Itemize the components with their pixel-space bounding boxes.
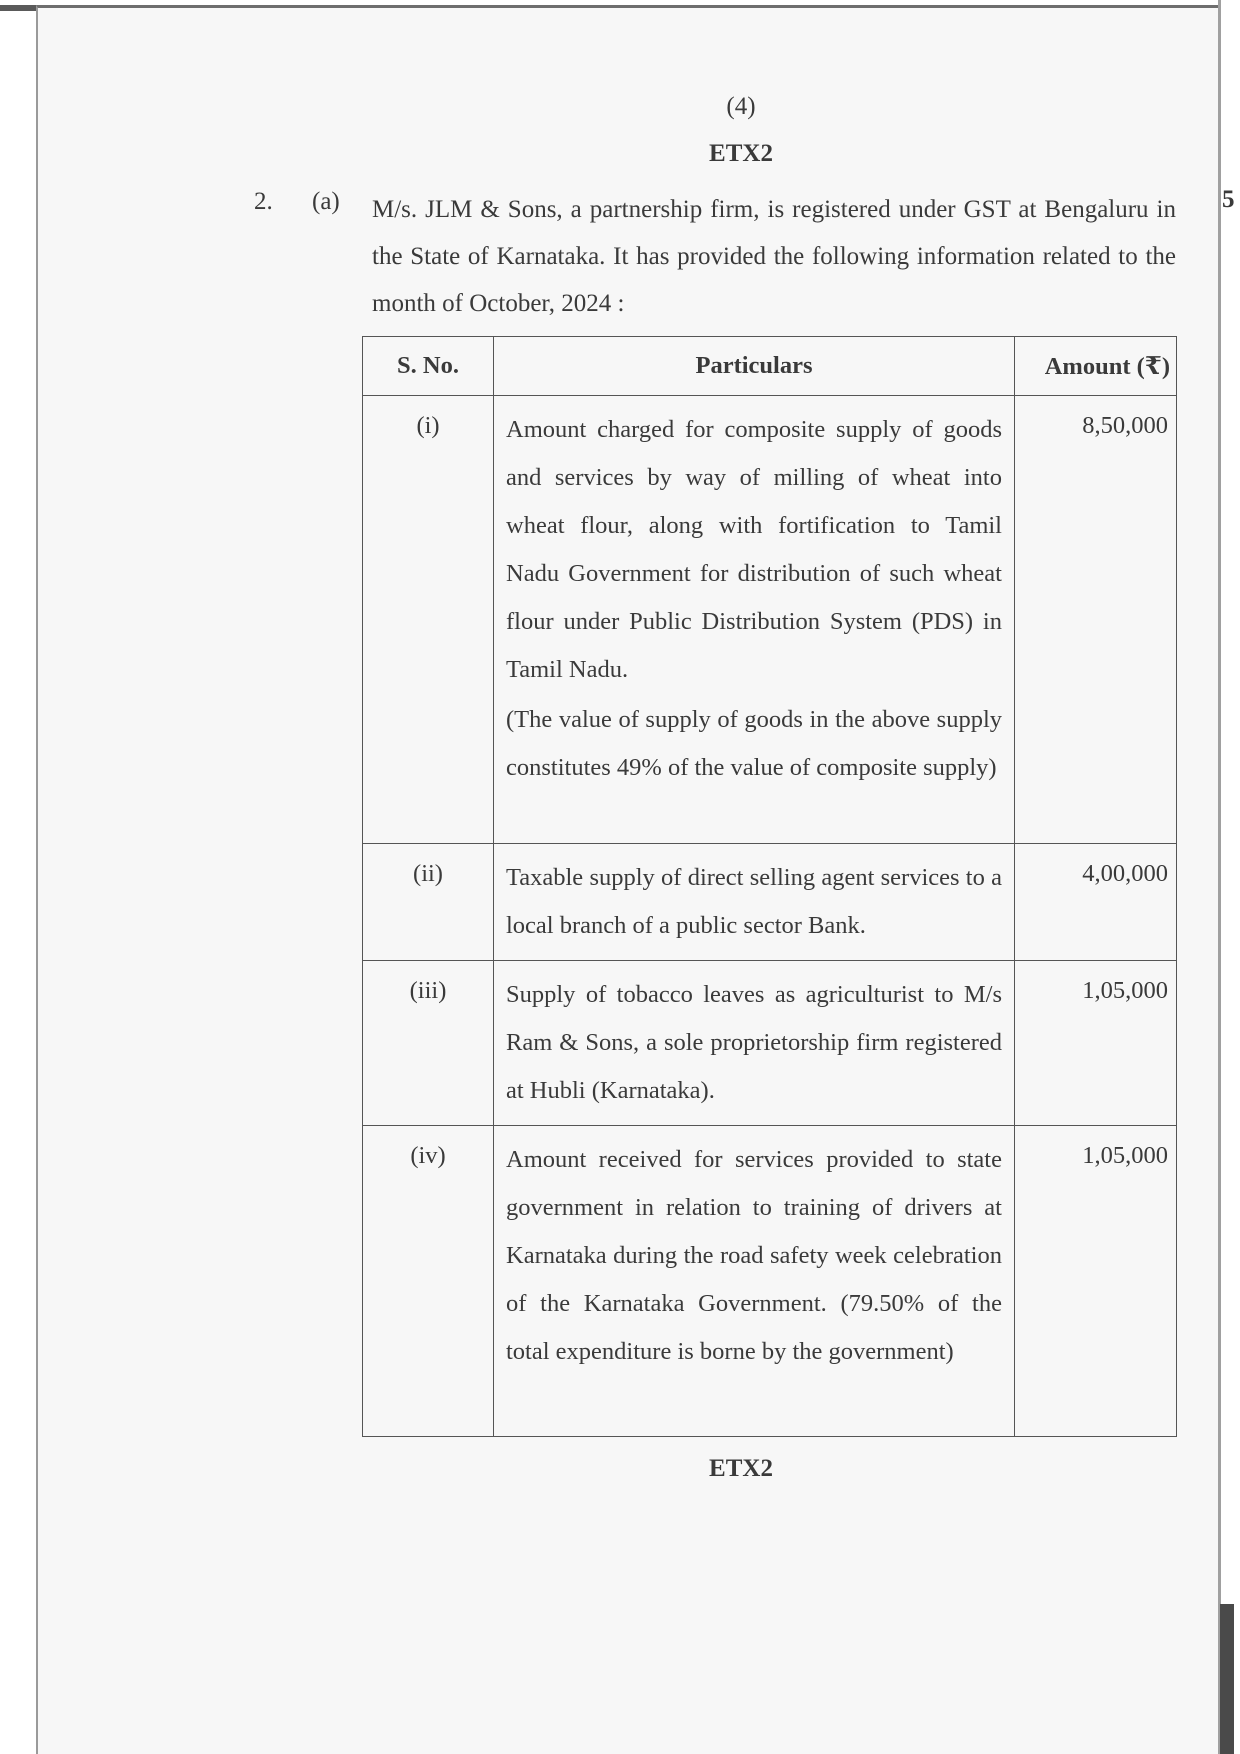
particulars-text: Amount charged for composite supply of g… (506, 416, 1002, 683)
supply-details-table: S. No. Particulars Amount (₹) (i) Amount… (362, 336, 1177, 1437)
row-amount: 4,00,000 (1015, 844, 1177, 961)
row-sno: (ii) (363, 844, 494, 961)
row-particulars: Amount charged for composite supply of g… (494, 396, 1015, 844)
row-amount: 1,05,000 (1015, 961, 1177, 1126)
table-header-row: S. No. Particulars Amount (₹) (363, 337, 1177, 396)
table-row: (iv) Amount received for services provid… (363, 1126, 1177, 1437)
row-amount: 1,05,000 (1015, 1126, 1177, 1437)
row-sno: (i) (363, 396, 494, 844)
question-marks: 5 (1222, 186, 1235, 214)
scan-edge-mark (0, 5, 36, 11)
scan-right-shadow (1220, 1604, 1234, 1754)
paper-code-footer: ETX2 (0, 1455, 1240, 1483)
particulars-note: (The value of supply of goods in the abo… (506, 696, 1002, 792)
row-sno: (iv) (363, 1126, 494, 1437)
page-number: (4) (0, 93, 1240, 121)
column-header-amount: Amount (₹) (1015, 337, 1177, 396)
table-row: (iii) Supply of tobacco leaves as agricu… (363, 961, 1177, 1126)
row-particulars: Supply of tobacco leaves as agriculturis… (494, 961, 1015, 1126)
scan-right-edge (1218, 0, 1221, 1754)
row-amount: 8,50,000 (1015, 396, 1177, 844)
paper-code-header: ETX2 (0, 140, 1240, 168)
table-row: (ii) Taxable supply of direct selling ag… (363, 844, 1177, 961)
column-header-sno: S. No. (363, 337, 494, 396)
row-particulars: Taxable supply of direct selling agent s… (494, 844, 1015, 961)
question-number: 2. (254, 188, 273, 216)
row-particulars: Amount received for services provided to… (494, 1126, 1015, 1437)
question-text: M/s. JLM & Sons, a partnership firm, is … (372, 186, 1176, 327)
question-sub-part: (a) (312, 188, 340, 216)
table-row: (i) Amount charged for composite supply … (363, 396, 1177, 844)
row-sno: (iii) (363, 961, 494, 1126)
column-header-particulars: Particulars (494, 337, 1015, 396)
